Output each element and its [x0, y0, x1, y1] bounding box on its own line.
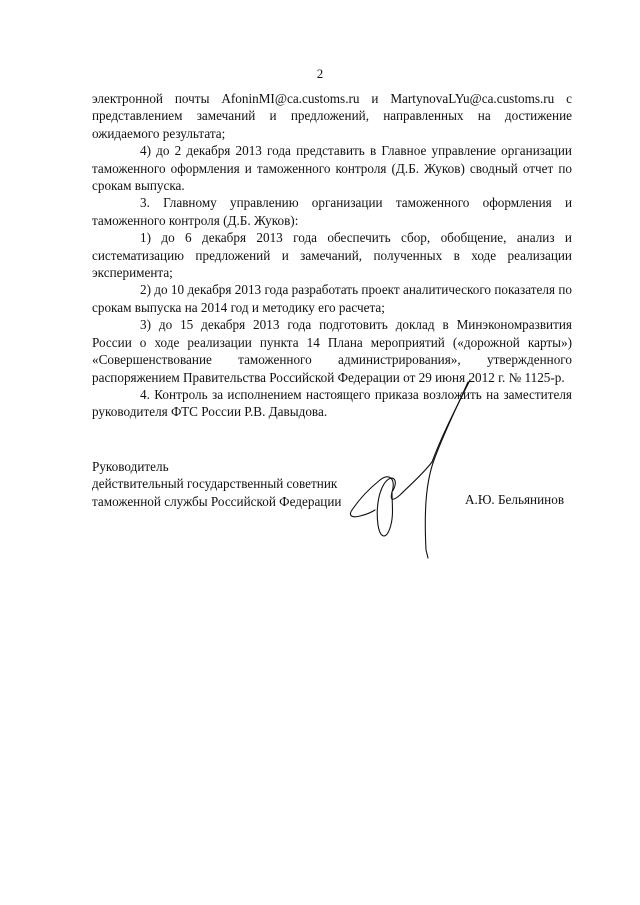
paragraph-item-3-1: 1) до 6 декабря 2013 года обеспечить сбо… — [92, 229, 572, 281]
signer-title-line-2: действительный государственный советник — [92, 475, 341, 492]
paragraph-item-2-4: 4) до 2 декабря 2013 года представить в … — [92, 142, 572, 194]
handwritten-signature-icon — [330, 360, 480, 580]
paragraph-email-continuation: электронной почты AfoninMI@ca.customs.ru… — [92, 90, 572, 142]
signature-block: Руководитель действительный государствен… — [92, 458, 341, 510]
signer-title-line-3: таможенной службы Российской Федерации — [92, 493, 341, 510]
page-number: 2 — [0, 66, 640, 82]
paragraph-section-3: 3. Главному управлению организации тамож… — [92, 194, 572, 229]
paragraph-item-3-2: 2) до 10 декабря 2013 года разработать п… — [92, 281, 572, 316]
signer-title-line-1: Руководитель — [92, 458, 341, 475]
